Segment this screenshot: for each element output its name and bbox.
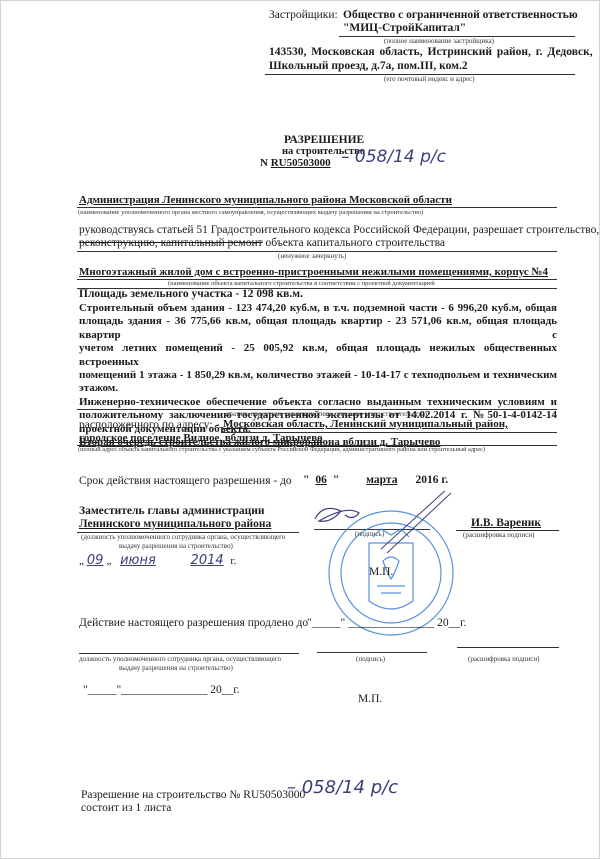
extension-signature-line	[317, 652, 427, 653]
stage-caption: краткие проектные характеристики, описан…	[226, 410, 427, 418]
specs-line: этажом.	[79, 382, 557, 395]
signatory-position-caption2: выдачу разрешения на строительство)	[119, 542, 233, 550]
object-address-line2: городское поселение Видное, вблизи д. Та…	[79, 432, 323, 444]
object-address-caption: (полный адрес объекта капитального строи…	[78, 446, 485, 453]
footer-line2: состоит из 1 листа	[81, 802, 171, 814]
permit-number-prefix: N	[260, 157, 268, 169]
permit-number-printed: RU50503000	[271, 157, 331, 169]
extension-seal-label: М.П.	[358, 693, 382, 705]
struck-text: реконструкцию, капитальный ремонт	[79, 237, 263, 249]
specs-line: Строительный объем здания - 123 474,20 к…	[79, 302, 557, 315]
specs-line: помещений 1 этажа - 1 850,29 кв.м, колич…	[79, 369, 557, 382]
developer-name-line2: "МИЦ-СтройКапитал"	[343, 22, 466, 34]
developer-address-caption: (его почтовый индекс и адрес)	[384, 75, 475, 83]
validity-year: 2016 г.	[415, 474, 448, 486]
signatory-position-caption1: (должность уполномоченного сотрудника ор…	[81, 533, 285, 541]
engineering-line: Инженерно-техническое обеспечение объект…	[79, 396, 557, 409]
strike-caption: (ненужное зачеркнуть)	[278, 252, 346, 260]
validity-date: "06" марта2016 г.	[303, 474, 448, 486]
seal-label: М.П.	[369, 566, 393, 578]
land-area: Площадь земельного участка - 12 098 кв.м…	[79, 288, 303, 300]
developer-label: Застройщики:	[269, 9, 338, 21]
specs-line: площадь здания - 36 775,66 кв.м, общая п…	[79, 315, 557, 342]
signing-month: июня	[114, 553, 184, 568]
footer-line1: Разрешение на строительство № RU50503000	[81, 789, 305, 801]
signing-day: 09	[84, 553, 107, 568]
authority-statement-line2: реконструкцию, капитальный ремонт объект…	[79, 237, 445, 249]
permit-number: N RU50503000	[260, 157, 331, 169]
validity-month: марта	[342, 474, 415, 486]
extension-name-caption: (расшифровка подписи)	[468, 655, 539, 663]
extension-label: Действие настоящего разрешения продлено …	[79, 617, 308, 629]
signing-year: 2014	[187, 553, 228, 568]
signing-date-suffix: г.	[230, 555, 236, 567]
extension-position-caption2: выдачу разрешения на строительство)	[119, 664, 233, 672]
authority-name: Администрация Ленинского муниципального …	[79, 194, 452, 206]
signing-date: „09„ июня 2014 г.	[79, 553, 236, 568]
permit-heading: РАЗРЕШЕНИЕ	[284, 134, 364, 146]
footer-permit-number: Разрешение на строительство № RU50503000	[81, 789, 305, 801]
signatory-position-line2: Ленинского муниципального района	[79, 518, 271, 530]
extension-signature-caption: (подпись)	[356, 655, 385, 663]
extension-position-caption1: должность уполномоченного сотрудника орг…	[79, 655, 281, 663]
extension-position-line	[79, 653, 299, 654]
validity-label: Срок действия настоящего разрешения - до	[79, 475, 292, 487]
specs-line: учетом летних помещений - 25 005,92 кв.м…	[79, 342, 557, 369]
extension-date2: "_____"_______________ 20__г.	[83, 684, 240, 696]
object-name: Многоэтажный жилой дом с встроенно-прист…	[79, 266, 548, 278]
validity-day: 06	[309, 474, 333, 486]
extension-name-line	[457, 647, 559, 648]
signatory-name: И.В. Вареник	[471, 517, 541, 529]
footer-handwritten-number: – 058/14 р/с	[287, 777, 398, 798]
object-name-caption: (наименование объекта капитального строи…	[168, 280, 435, 287]
object-address-label: расположенного по адресу:	[79, 419, 213, 431]
authority-caption: (наименование уполномоченного органа мес…	[78, 209, 423, 216]
signatory-position-line1: Заместитель главы администрации	[79, 505, 265, 517]
authority-underline	[77, 207, 557, 208]
developer-name-line1: Общество с ограниченной ответственностью	[343, 9, 578, 21]
permit-page: Застройщики: Общество с ограниченной отв…	[0, 0, 600, 859]
signatory-name-caption: (расшифровка подписи)	[463, 531, 534, 539]
object-address-line1: Московская область, Ленинский муниципаль…	[223, 418, 508, 430]
authority-statement-line1: руководствуясь статьей 51 Градостроитель…	[79, 224, 599, 236]
developer-name-caption: (полное наименование застройщика)	[384, 37, 494, 45]
developer-address-line2: Школьный проезд, д.7а, пом.III, ком.2	[269, 60, 468, 72]
developer-address-line1: 143530, Московская область, Истринский р…	[269, 46, 593, 58]
extension-date: "_____" _______________ 20__г.	[307, 617, 466, 629]
permit-number-handwritten: – 058/14 р/с	[341, 147, 446, 167]
